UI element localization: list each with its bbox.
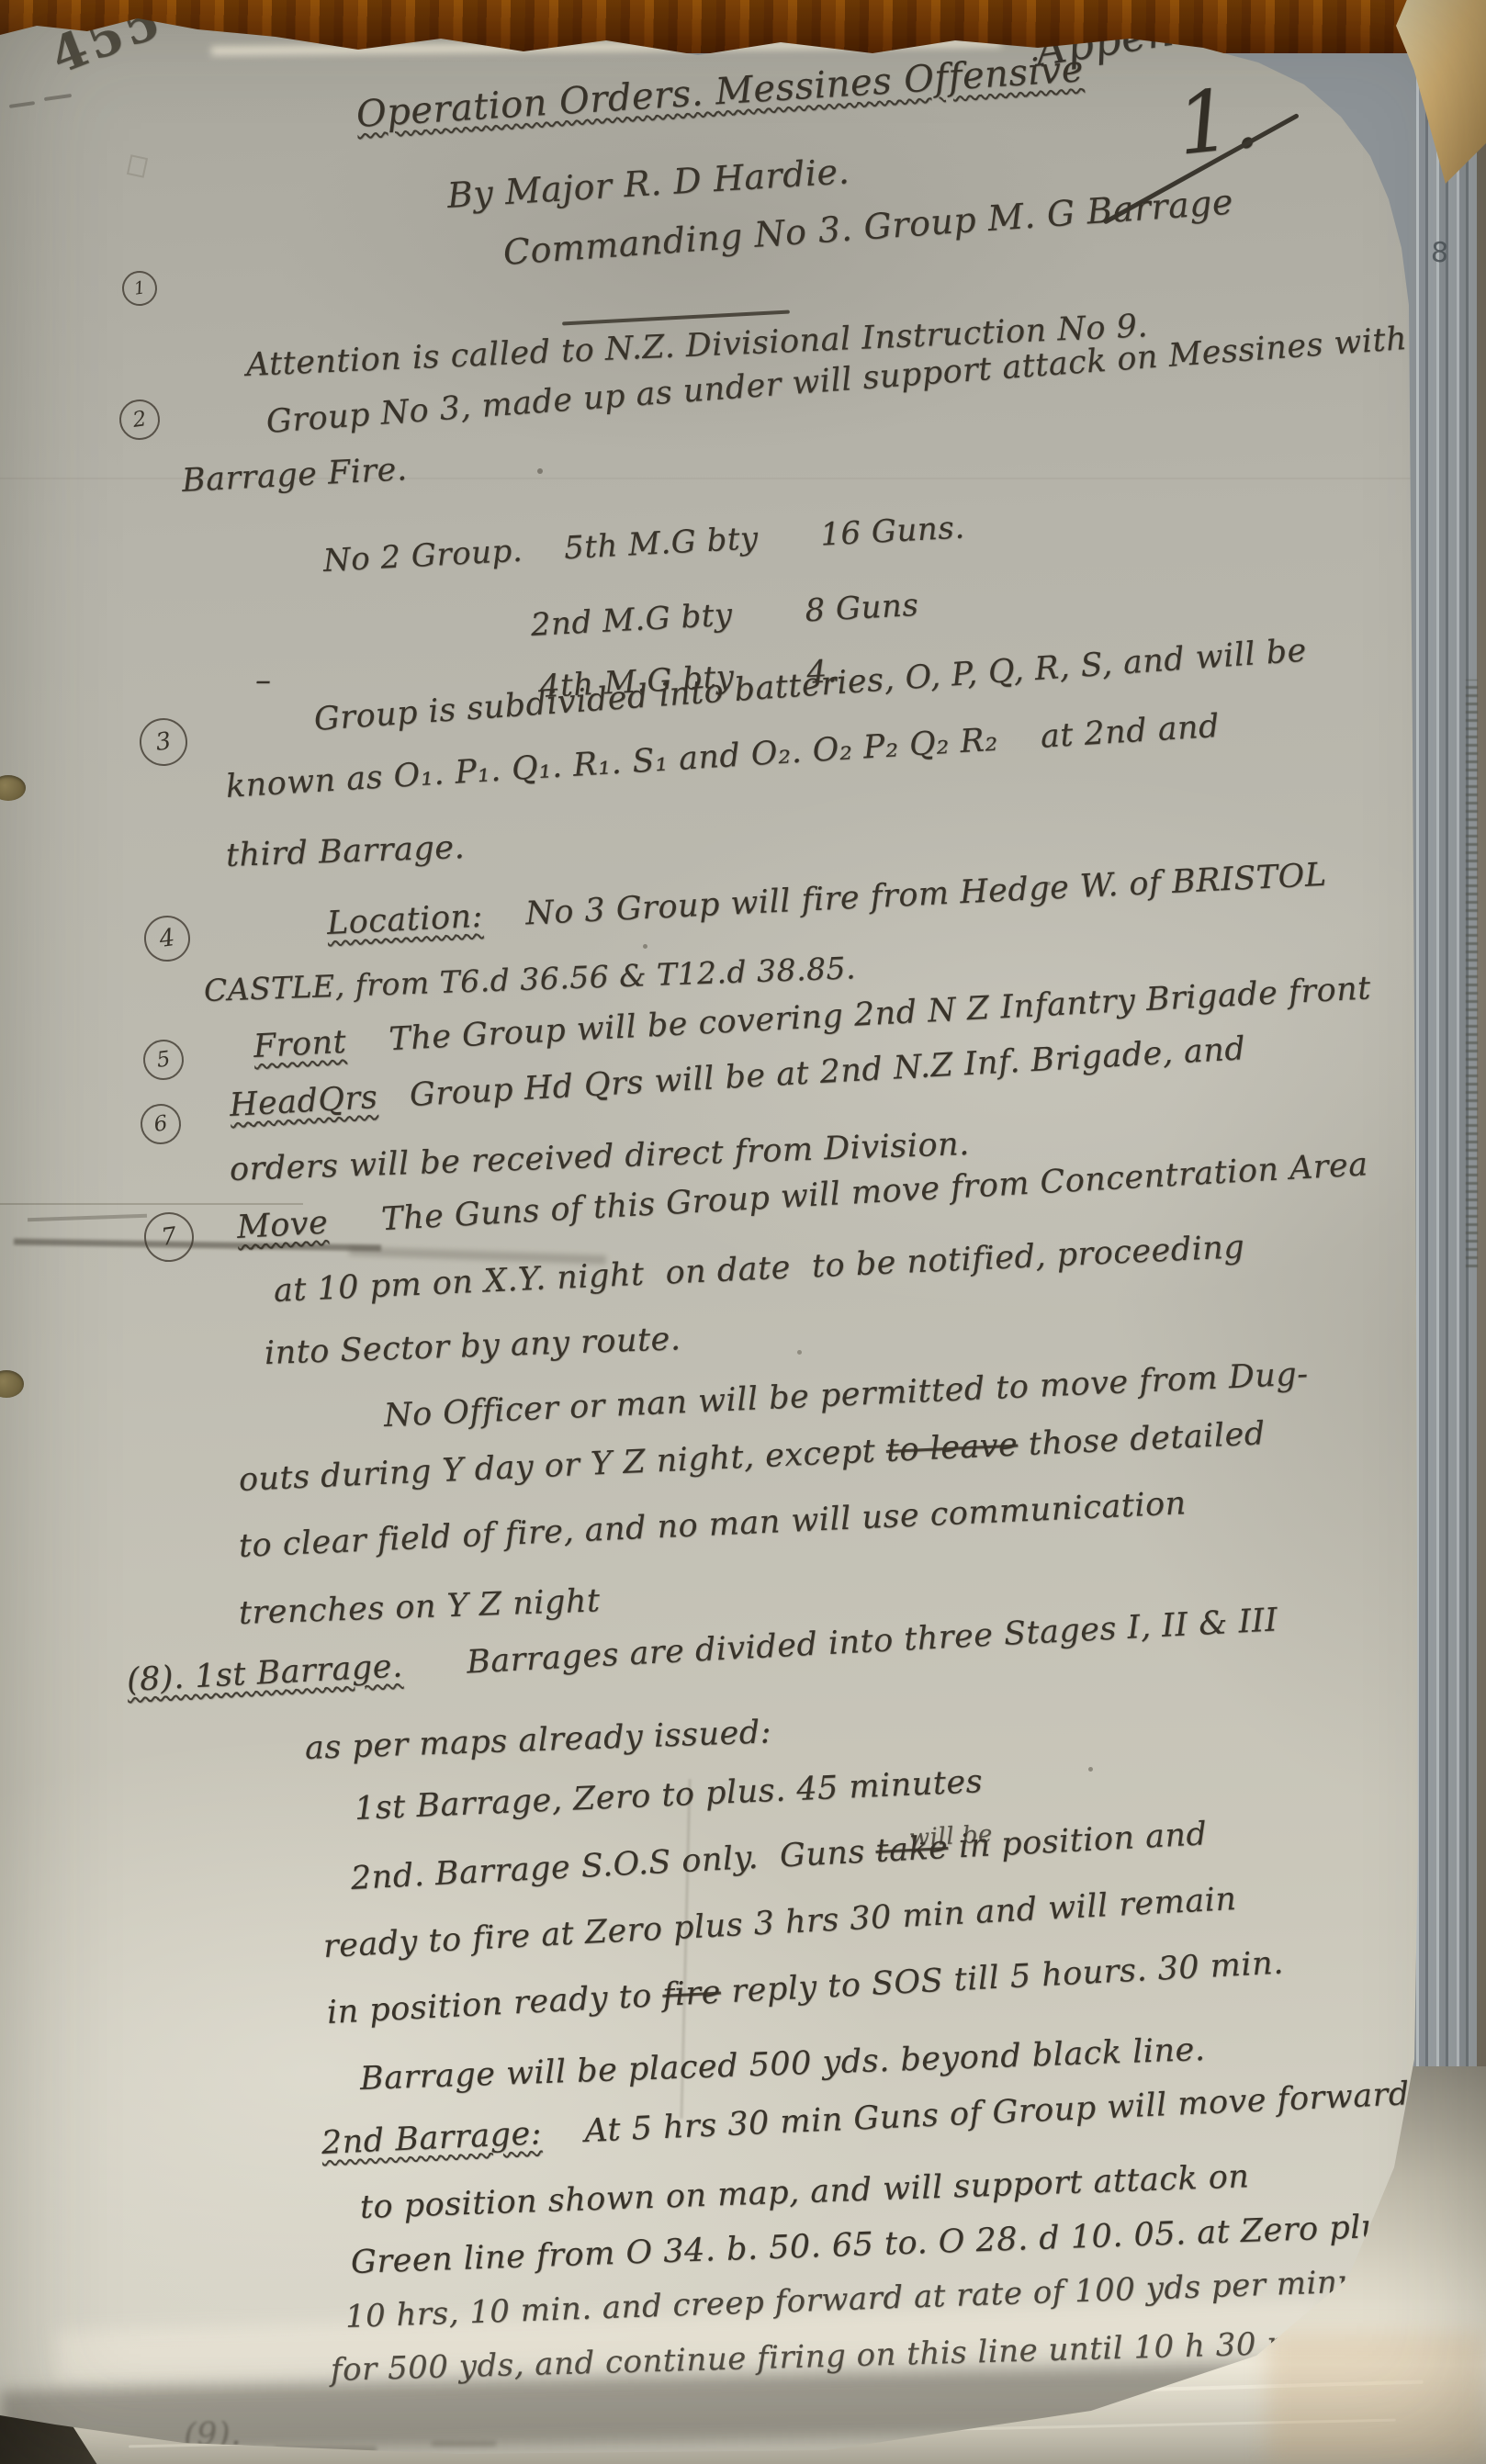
text-segment: Barrage Fire. <box>181 451 408 500</box>
margin-section-number: 6 <box>138 1101 184 1147</box>
stamp-artifact <box>127 154 148 177</box>
text-segment: to position shown on map, and will suppo… <box>359 2158 1250 2226</box>
text-segment: CASTLE, from T6.d 36.56 & T12.d 38.85. <box>203 950 856 1008</box>
pencil-dash <box>44 94 72 101</box>
handwritten-line: 2nd M.G bty 8 Guns <box>530 588 919 644</box>
handwritten-line: at 10 pm on X.Y. night on date to be not… <box>273 1229 1245 1310</box>
handwritten-line: 1st Barrage, Zero to plus. 45 minutes <box>354 1763 984 1828</box>
handwritten-line: Barrage Fire. <box>181 451 408 500</box>
margin-section-number: 5 <box>141 1037 186 1083</box>
edge-page-digit: 8 <box>1430 237 1449 270</box>
ink-fleck <box>797 1350 802 1355</box>
handwritten-line: as per maps already issued: <box>304 1714 771 1767</box>
text-segment: to clear field of fire, and no man will … <box>238 1485 1187 1565</box>
text-segment: ready to fire at Zero plus 3 hrs 30 min … <box>322 1881 1237 1965</box>
photographed-document-scene: 8 455 Appendix 1. Operation Orders. Mess <box>0 0 1486 2464</box>
underlined-text: 2nd Barrage: <box>321 2115 543 2162</box>
text-segment: outs during Y day or Y Z night, except <box>238 1433 887 1499</box>
text-segment: – <box>255 662 272 699</box>
text-segment: At 5 hrs 30 min Guns of Group will move … <box>541 2076 1411 2152</box>
pencil-smear <box>28 1214 147 1222</box>
pencil-dash <box>9 101 35 108</box>
handwritten-line: ready to fire at Zero plus 3 hrs 30 min … <box>322 1881 1237 1965</box>
punch-hole <box>0 1370 24 1398</box>
subtitle-underline <box>562 310 790 326</box>
text-segment: No 3 Group will fire from Hedge W. of BR… <box>482 857 1328 935</box>
document-byline: By Major R. D Hardie. <box>446 152 851 216</box>
underlined-text: Location: <box>326 898 484 942</box>
torn-cover-corner <box>1396 0 1486 184</box>
ink-fleck <box>1088 1767 1093 1772</box>
text-segment: No 2 Group. 5th M.G bty 16 Guns. <box>322 509 966 579</box>
text-segment: third Barrage. <box>225 829 465 874</box>
handwritten-line: Location: No 3 Group will fire from Hedg… <box>326 857 1327 942</box>
text-segment: into Sector by any route. <box>264 1321 681 1372</box>
text-segment: Barrage will be placed 500 yds. beyond b… <box>359 2031 1206 2098</box>
handwritten-line: trenches on Y Z night <box>238 1582 601 1632</box>
handwritten-line: to clear field of fire, and no man will … <box>238 1485 1187 1565</box>
document-title: Operation Orders. Messines Offensive <box>355 48 1086 136</box>
underlined-text: HeadQrs <box>229 1079 378 1124</box>
ink-fleck <box>643 944 647 949</box>
struck-out-text: take <box>874 1829 949 1870</box>
handwritten-line: Barrage will be placed 500 yds. beyond b… <box>359 2031 1206 2098</box>
handwritten-line: – <box>255 663 272 699</box>
text-segment: trenches on Y Z night <box>238 1582 601 1632</box>
margin-section-number: 4 <box>141 913 193 964</box>
handwritten-line: 2nd. Barrage S.O.S only. Guns take in po… <box>350 1816 1208 1897</box>
text-segment: as per maps already issued: <box>304 1714 771 1767</box>
ink-fleck <box>537 468 543 474</box>
underlined-text: Front <box>253 1024 347 1065</box>
text-segment: for 500 yds, and continue firing on this… <box>330 2324 1328 2389</box>
struck-out-text: to leave <box>885 1427 1019 1469</box>
faded-writing-smudge <box>432 2441 496 2447</box>
horizontal-crease <box>0 1203 303 1205</box>
margin-section-number: 1 <box>120 269 160 309</box>
margin-section-number: 2 <box>117 397 163 443</box>
struck-out-text: fire <box>661 1975 722 2014</box>
text-segment: 2nd M.G bty 8 Guns <box>530 587 919 644</box>
text-segment: those detailed <box>1017 1415 1266 1463</box>
handwritten-line: No 2 Group. 5th M.G bty 16 Guns. <box>322 510 965 579</box>
handwritten-line: to position shown on map, and will suppo… <box>359 2158 1250 2226</box>
text-segment: reply to SOS till 5 hours. 30 min. <box>720 1944 1285 2010</box>
text-segment: at 10 pm on X.Y. night on date to be not… <box>273 1229 1245 1310</box>
underlined-text: Move <box>236 1204 329 1245</box>
text-segment: 1st Barrage, Zero to plus. 45 minutes <box>354 1763 984 1828</box>
text-segment: 2nd. Barrage S.O.S only. Guns <box>350 1833 877 1897</box>
margin-section-number: 3 <box>137 715 191 770</box>
handwritten-line: into Sector by any route. <box>264 1321 681 1372</box>
handwritten-line: for 500 yds, and continue firing on this… <box>330 2325 1328 2389</box>
document-page: 455 Appendix 1. Operation Orders. Messin… <box>0 11 1433 2464</box>
margin-section-number: 7 <box>141 1209 197 1266</box>
handwritten-line: CASTLE, from T6.d 36.56 & T12.d 38.85. <box>203 951 856 1008</box>
punch-hole <box>0 775 26 801</box>
underlined-text: (8). 1st Barrage. <box>126 1648 404 1699</box>
text-segment: in position ready to <box>326 1977 663 2031</box>
edge-illegible-text <box>1466 680 1478 1267</box>
handwritten-line: third Barrage. <box>225 829 465 874</box>
warm-reflection <box>1267 2333 1486 2464</box>
